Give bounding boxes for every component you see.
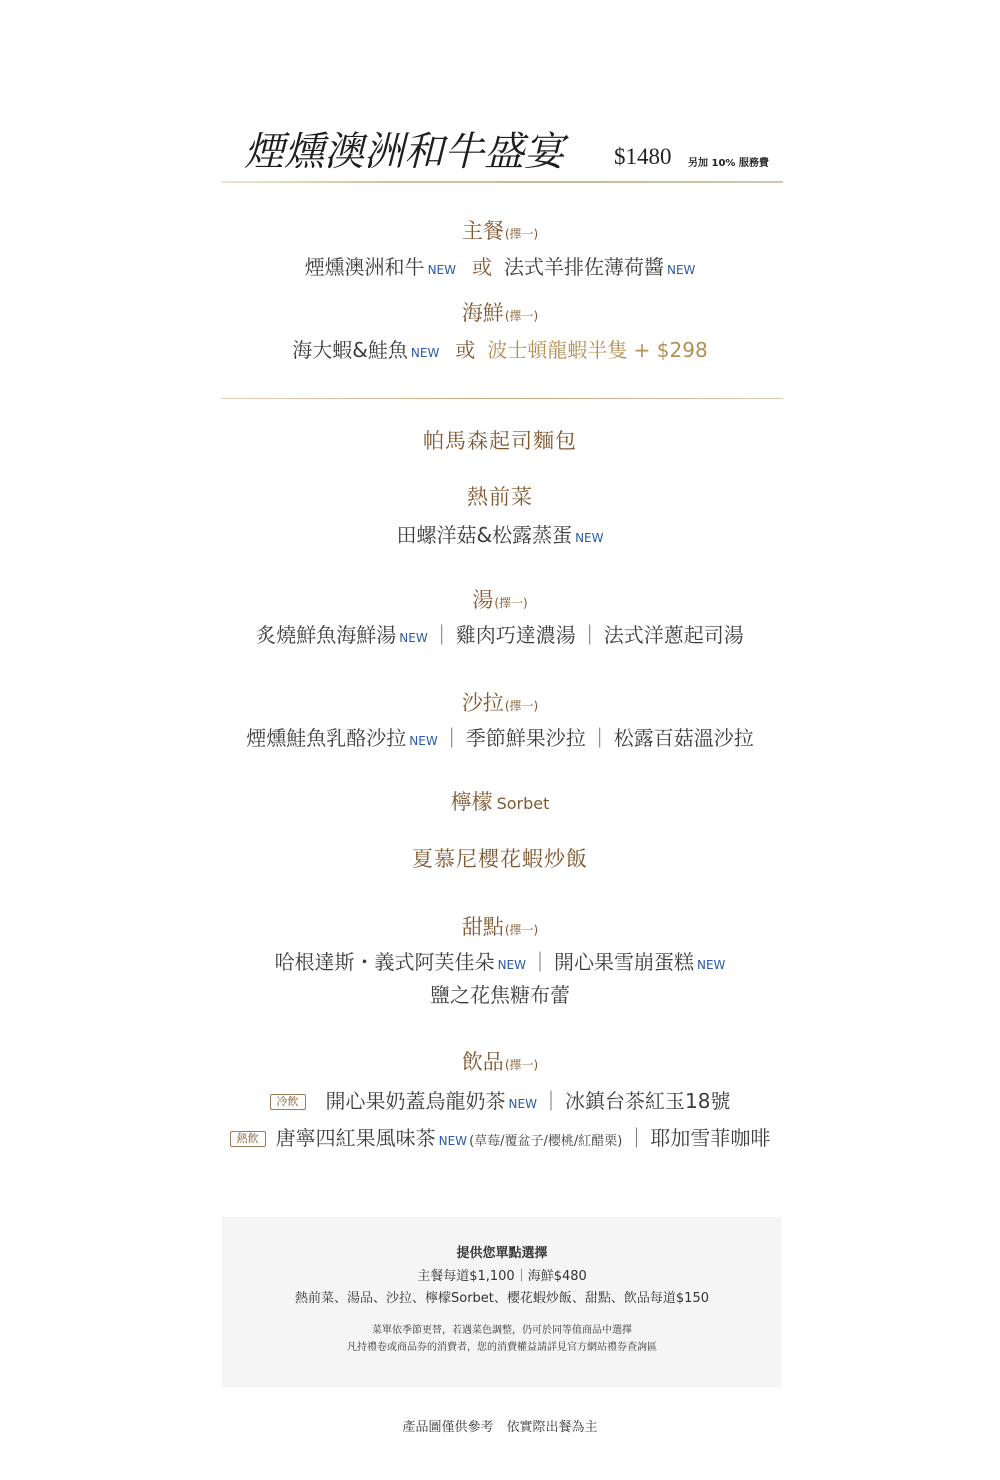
category-title: 飲品 [462,1050,504,1074]
a-la-carte-prices-other: 熱前菜、湯品、沙拉、檸檬Sorbet、櫻花蝦炒飯、甜點、飲品每道$150 [222,1287,782,1306]
menu-item: 季節鮮果沙拉 [466,726,586,750]
category-title: 湯 [472,588,493,612]
menu-item: 開心果雪崩蛋糕 [554,950,694,974]
seafood-options: 海大蝦&鮭魚NEW或波士頓龍蝦半隻 + $298 [0,334,1000,363]
a-la-carte-prices-main: 主餐每道$1,100｜海鮮$480 [222,1265,782,1284]
seasonal-note: 菜單依季節更替，若遇菜色調整，仍可於同等值商品中選擇 [222,1321,782,1336]
menu-item: 唐寧四紅果風味茶 [276,1126,436,1150]
hot-drink-tag: 熱飲 [230,1131,266,1147]
new-badge: NEW [399,631,427,645]
new-badge: NEW [697,958,725,972]
fried-rice-heading: 夏慕尼櫻花蝦炒飯 [0,843,1000,873]
separator: ｜ [541,1089,561,1113]
main-course-heading: 主餐(擇一) [0,215,1000,245]
category-title: 海鮮 [462,301,504,325]
lobster-upgrade-item: 波士頓龍蝦半隻 + $298 [487,338,707,362]
main-course-options: 煙燻澳洲和牛NEW或法式羊排佐薄荷醬NEW [0,251,1000,280]
sorbet-suffix: Sorbet [497,794,550,813]
image-disclaimer: 產品圖僅供參考 依實際出餐為主 [0,1416,1000,1435]
voucher-note: 凡持禮卷或商品券的消費者，您的消費權益請詳見官方網站禮券查詢區 [222,1338,782,1353]
menu-item: 雞肉巧達濃湯 [456,623,576,647]
soup-heading: 湯(擇一) [0,584,1000,614]
separator: ｜ [432,623,452,647]
category-title: 甜點 [462,915,504,939]
new-badge: NEW [667,263,695,277]
bread-heading: 帕馬森起司麵包 [0,425,1000,455]
gold-divider [221,398,783,399]
menu-item: 開心果奶蓋烏龍奶茶 [326,1089,506,1113]
new-badge: NEW [575,531,603,545]
menu-item: 耶加雪菲咖啡 [650,1126,770,1150]
menu-item: 田螺洋菇&松露蒸蛋 [396,523,572,547]
cold-drinks-row: 冷飲開心果奶蓋烏龍奶茶NEW｜冰鎮台茶紅玉18號 [0,1085,1000,1114]
category-title: 檸檬 [451,790,493,814]
pick-one-label: (擇一) [505,699,538,713]
a-la-carte-info-box: 提供您單點選擇 主餐每道$1,100｜海鮮$480 熱前菜、湯品、沙拉、檸檬So… [222,1217,782,1387]
dessert-items-row-2: 鹽之花焦糖布蕾 [0,979,1000,1008]
new-badge: NEW [439,1134,467,1148]
dessert-items-row-1: 哈根達斯・義式阿芙佳朵NEW｜開心果雪崩蛋糕NEW [0,946,1000,975]
menu-item: 炙燒鮮魚海鮮湯 [256,623,396,647]
menu-item: 哈根達斯・義式阿芙佳朵 [275,950,495,974]
menu-item: 鹽之花焦糖布蕾 [430,983,570,1007]
category-title: 帕馬森起司麵包 [423,429,577,453]
hot-appetizer-items: 田螺洋菇&松露蒸蛋NEW [0,519,1000,548]
separator: ｜ [530,950,550,974]
menu-item: 冰鎮台茶紅玉18號 [565,1089,730,1113]
service-charge-note: 另加 10% 服務費 [688,154,769,169]
salad-heading: 沙拉(擇一) [0,687,1000,717]
category-title: 主餐 [462,219,504,243]
category-title: 沙拉 [462,691,504,715]
salad-items: 煙燻鮭魚乳酪沙拉NEW｜季節鮮果沙拉｜松露百菇溫沙拉 [0,722,1000,751]
pick-one-label: (擇一) [505,309,538,323]
separator: ｜ [626,1126,646,1150]
new-badge: NEW [509,1097,537,1111]
new-badge: NEW [498,958,526,972]
hot-drinks-row: 熱飲唐寧四紅果風味茶NEW(草莓/覆盆子/櫻桃/紅醋栗)｜耶加雪菲咖啡 [0,1122,1000,1151]
pick-one-label: (擇一) [494,596,527,610]
gold-divider [221,181,783,183]
menu-item: 法式羊排佐薄荷醬 [504,255,664,279]
new-badge: NEW [428,263,456,277]
category-title: 夏慕尼櫻花蝦炒飯 [412,847,588,871]
separator: ｜ [590,726,610,750]
seafood-heading: 海鮮(擇一) [0,297,1000,327]
pick-one-label: (擇一) [505,923,538,937]
a-la-carte-heading: 提供您單點選擇 [222,1242,782,1261]
pick-one-label: (擇一) [505,227,538,241]
separator: ｜ [580,623,600,647]
flavor-note: (草莓/覆盆子/櫻桃/紅醋栗) [469,1134,622,1149]
new-badge: NEW [409,734,437,748]
menu-price: $1480 [614,144,672,170]
menu-item: 海大蝦&鮭魚 [292,338,408,362]
menu-item: 煙燻鮭魚乳酪沙拉 [246,726,406,750]
soup-items: 炙燒鮮魚海鮮湯NEW｜雞肉巧達濃湯｜法式洋蔥起司湯 [0,619,1000,648]
menu-item: 法式洋蔥起司湯 [604,623,744,647]
menu-title: 煙燻澳洲和牛盛宴 [244,120,564,177]
menu-item: 煙燻澳洲和牛 [305,255,425,279]
sorbet-heading: 檸檬Sorbet [0,786,1000,816]
or-label: 或 [472,255,492,279]
drinks-heading: 飲品(擇一) [0,1046,1000,1076]
dessert-heading: 甜點(擇一) [0,911,1000,941]
cold-drink-tag: 冷飲 [270,1094,306,1110]
menu-item: 松露百菇溫沙拉 [614,726,754,750]
new-badge: NEW [411,346,439,360]
pick-one-label: (擇一) [505,1058,538,1072]
category-title: 熱前菜 [467,485,533,509]
or-label: 或 [455,338,475,362]
hot-appetizer-heading: 熱前菜 [0,481,1000,511]
separator: ｜ [442,726,462,750]
